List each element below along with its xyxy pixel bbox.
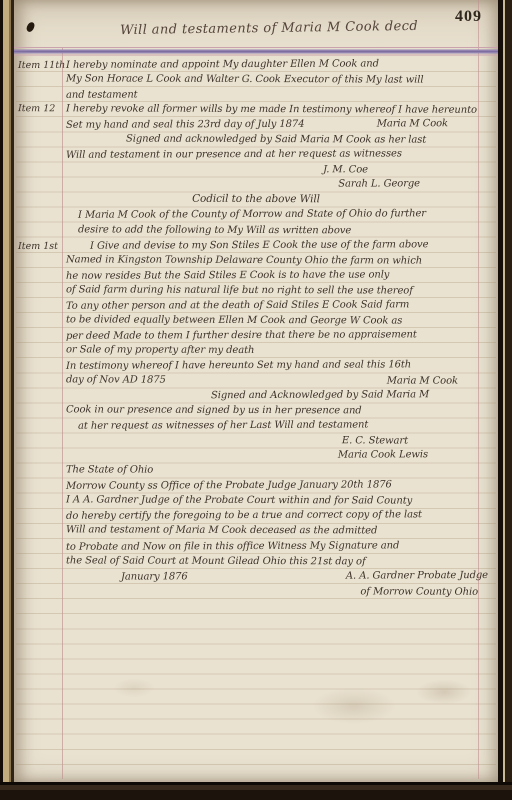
line-text: I Give and devise to my Son Stiles E Coo…	[90, 237, 428, 253]
signature-text: Maria Cook Lewis	[338, 447, 428, 462]
document-line: Named in Kingston Township Delaware Coun…	[14, 252, 498, 269]
ledger-photo: 409 Will and testaments of Maria M Cook …	[0, 0, 512, 800]
document-line: desire to add the following to My Will a…	[14, 222, 498, 239]
ledger-page: 409 Will and testaments of Maria M Cook …	[14, 0, 498, 782]
document-line: To any other person and at the death of …	[14, 297, 498, 314]
line-text: Signed and acknowledged by Said Maria M …	[126, 132, 426, 148]
book-spine	[0, 0, 14, 800]
line-text: or Sale of my property after my death	[66, 342, 254, 358]
line-text: I Maria M Cook of the County of Morrow a…	[78, 207, 426, 224]
line-text: Cook in our presence and signed by us in…	[66, 402, 362, 418]
document-lines: Item 11thI hereby nominate and appoint M…	[14, 57, 498, 599]
line-text: day of Nov AD 1875	[66, 372, 166, 387]
document-line: of Said farm during his natural life but…	[14, 282, 498, 299]
line-text: per deed Made to them I further desire t…	[66, 327, 417, 344]
line-text: at her request as witnesses of her Last …	[78, 418, 368, 434]
line-text: In testimony whereof I have hereunto Set…	[66, 357, 411, 374]
line-text: Signed and Acknowledged by Said Maria M	[211, 387, 429, 403]
item-label: Item 12	[18, 101, 64, 116]
document-line: of Morrow County Ohio	[14, 583, 498, 600]
signature-text: A. A. Gardner Probate Judge	[346, 568, 488, 584]
line-text: to be divided equally between Ellen M Co…	[66, 312, 402, 328]
line-text: I A A. Gardner Judge of the Probate Cour…	[66, 493, 412, 509]
document-line: I Maria M Cook of the County of Morrow a…	[14, 206, 498, 223]
signature-text: of Morrow County Ohio	[360, 584, 478, 599]
header-double-rule	[14, 47, 498, 56]
signature-text: Maria M Cook	[377, 116, 448, 131]
line-text: Will and testament of Maria M Cook decea…	[66, 523, 377, 539]
document-line: to be divided equally between Ellen M Co…	[14, 312, 498, 329]
line-text: January 1876	[121, 569, 188, 584]
document-line: Item 1stI Give and devise to my Son Stil…	[14, 237, 498, 254]
line-text: of Said farm during his natural life but…	[66, 282, 413, 298]
ink-blot	[26, 21, 36, 33]
line-text: the Seal of Said Court at Mount Gilead O…	[66, 553, 366, 569]
signature-text: J. M. Coe	[323, 163, 368, 178]
document-line: to Probate and Now on file in this offic…	[14, 537, 498, 554]
document-line: he now resides But the Said Stiles E Coo…	[14, 267, 498, 284]
page-edges	[498, 0, 512, 786]
page-number: 409	[455, 8, 482, 26]
line-text: To any other person and at the death of …	[66, 297, 409, 313]
document-line: January 1876A. A. Gardner Probate Judge	[14, 568, 498, 585]
line-text: The State of Ohio	[66, 463, 153, 478]
line-text: Named in Kingston Township Delaware Coun…	[66, 252, 422, 268]
line-text: desire to add the following to My Will a…	[78, 222, 351, 238]
line-text: he now resides But the Said Stiles E Coo…	[66, 267, 389, 283]
page-title: Will and testaments of Maria M Cook decd	[120, 19, 418, 38]
signature-text: Sarah L. George	[338, 177, 420, 192]
line-text: to Probate and Now on file in this offic…	[66, 538, 399, 554]
document-line: the Seal of Said Court at Mount Gilead O…	[14, 553, 498, 570]
line-text: I hereby nominate and appoint My daughte…	[66, 56, 379, 72]
document-line: Will and testament of Maria M Cook decea…	[14, 523, 498, 540]
document-line: per deed Made to them I further desire t…	[14, 327, 498, 344]
book-bottom-edge	[0, 782, 512, 800]
line-text: My Son Horace L Cook and Walter G. Cook …	[66, 71, 423, 87]
